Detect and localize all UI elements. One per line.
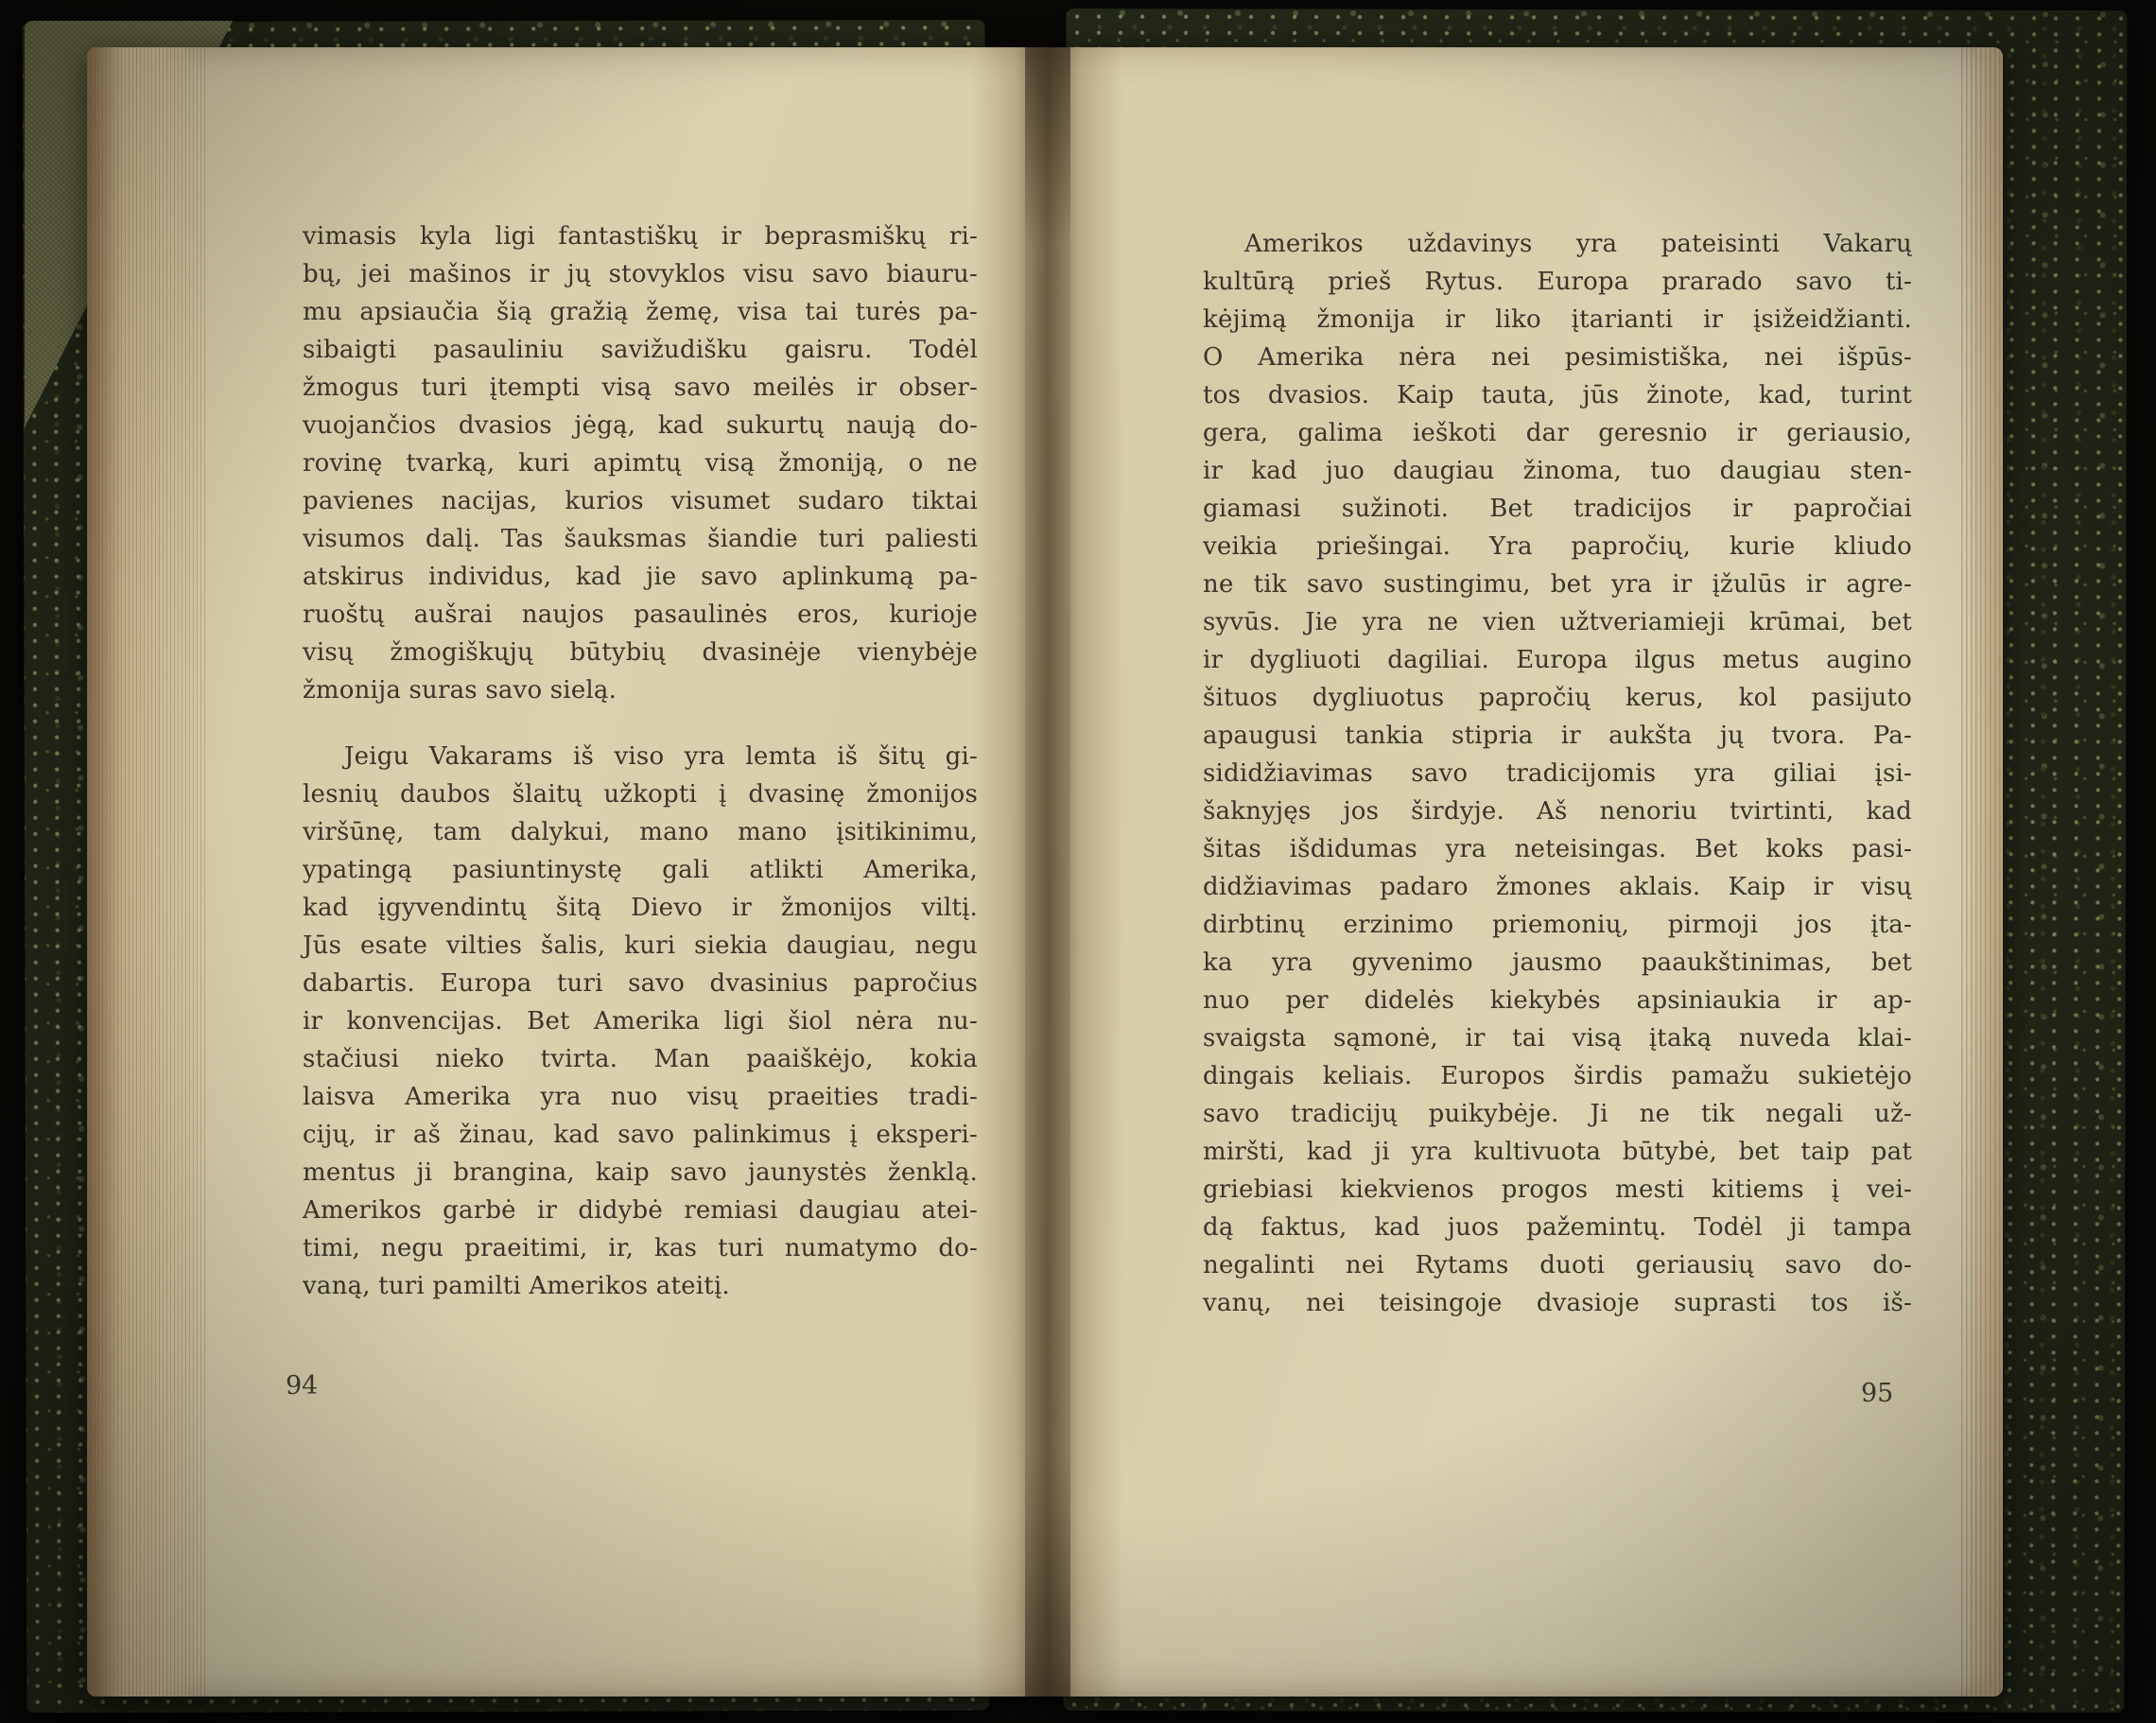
text-line: timi, negu praeitimi, ir, kas turi numat… xyxy=(303,1229,978,1267)
text-line: laisva Amerika yra nuo visų praeities tr… xyxy=(303,1078,978,1116)
text-line: rovinę tvarką, kuri apimtų visą žmoniją,… xyxy=(303,444,978,482)
text-line: dingais keliais. Europos širdis pamažu s… xyxy=(1203,1057,1912,1095)
text-line: miršti, kad ji yra kultivuota būtybė, be… xyxy=(1203,1133,1912,1171)
text-line: visumos dalį. Tas šauksmas šiandie turi … xyxy=(303,520,978,558)
text-line: dirbtinų erzinimo priemonių, pirmoji jos… xyxy=(1203,906,1912,944)
text-line: ypatingą pasiuntinystę gali atlikti Amer… xyxy=(303,851,978,889)
text-line: kėjimą žmonija ir liko įtarianti ir įsiž… xyxy=(1203,301,1912,339)
page-stack-edges-right xyxy=(1961,47,2003,1697)
text-line: žmogus turi įtempti visą savo meilės ir … xyxy=(303,369,978,407)
text-line: vanų, nei teisingoje dvasioje suprasti t… xyxy=(1203,1284,1912,1322)
text-line: Jūs esate vilties šalis, kuri siekia dau… xyxy=(303,927,978,965)
text-line: ruoštų aušrai naujos pasaulinės eros, ku… xyxy=(303,596,978,634)
text-line: atskirus individus, kad jie savo aplinku… xyxy=(303,558,978,596)
text-line: savo tradicijų puikybėje. Ji ne tik nega… xyxy=(1203,1095,1912,1133)
text-line: Amerikos uždavinys yra pateisinti Vakarų xyxy=(1203,225,1912,263)
paragraph: vimasis kyla ligi fantastiškų ir beprasm… xyxy=(303,218,978,709)
text-line: svaigsta sąmonė, ir tai visą įtaką nuved… xyxy=(1203,1019,1912,1057)
text-line: vaną, turi pamilti Amerikos ateitį. xyxy=(303,1267,978,1305)
text-line: giamasi sužinoti. Bet tradicijos ir papr… xyxy=(1203,490,1912,528)
text-line: didžiavimas padaro žmones aklais. Kaip i… xyxy=(1203,868,1912,906)
text-line: kultūrą prieš Rytus. Europa prarado savo… xyxy=(1203,263,1912,301)
text-line: mu apsiaučia šią gražią žemę, visa tai t… xyxy=(303,293,978,331)
text-line: Jeigu Vakarams iš viso yra lemta iš šitų… xyxy=(303,738,978,775)
text-line: ir kad juo daugiau žinoma, tuo daugiau s… xyxy=(1203,452,1912,490)
text-line: griebiasi kiekvienos progos mesti kitiem… xyxy=(1203,1171,1912,1209)
text-line: šaknyjęs jos širdyje. Aš nenoriu tvirtin… xyxy=(1203,792,1912,830)
text-line: nuo per didelės kiekybės apsiniaukia ir … xyxy=(1203,982,1912,1019)
page-number-left: 94 xyxy=(286,1371,318,1401)
text-line: žmonija suras savo sielą. xyxy=(303,671,978,709)
text-line: viršūnę, tam dalykui, mano mano įsitikin… xyxy=(303,813,978,851)
text-line: negalinti nei Rytams duoti geriausių sav… xyxy=(1203,1246,1912,1284)
text-line: cijų, ir aš žinau, kad savo palinkimus į… xyxy=(303,1116,978,1154)
open-book-photo: vimasis kyla ligi fantastiškų ir beprasm… xyxy=(0,0,2156,1723)
text-line: O Amerika nėra nei pesimistiška, nei išp… xyxy=(1203,339,1912,376)
text-line: visų žmogiškųjų būtybių dvasinėje vienyb… xyxy=(303,634,978,671)
text-line: ne tik savo sustingimu, bet yra ir įžulū… xyxy=(1203,566,1912,603)
text-line: kad įgyvendintų šitą Dievo ir žmonijos v… xyxy=(303,889,978,927)
text-line: sididžiavimas savo tradicijomis yra gili… xyxy=(1203,755,1912,792)
paragraph: Amerikos uždavinys yra pateisinti Vakarų… xyxy=(1203,225,1912,1322)
text-line: ka yra gyvenimo jausmo paaukštinimas, be… xyxy=(1203,944,1912,982)
text-line: šitas išdidumas yra neteisingas. Bet kok… xyxy=(1203,830,1912,868)
text-line: gera, galima ieškoti dar geresnio ir ger… xyxy=(1203,414,1912,452)
text-line: stačiusi nieko tvirta. Man paaiškėjo, ko… xyxy=(303,1040,978,1078)
page-95-text: Amerikos uždavinys yra pateisinti Vakarų… xyxy=(1203,225,1912,1322)
text-line: dabartis. Europa turi savo dvasinius pap… xyxy=(303,965,978,1002)
text-line: Amerikos garbė ir didybė remiasi daugiau… xyxy=(303,1192,978,1229)
text-line: vuojančios dvasios jėgą, kad sukurtų nau… xyxy=(303,407,978,444)
text-line: apaugusi tankia stipria ir aukšta jų tvo… xyxy=(1203,717,1912,755)
text-line: syvūs. Jie yra ne vien užtveriamieji krū… xyxy=(1203,603,1912,641)
text-line: lesnių daubos šlaitų užkopti į dvasinę ž… xyxy=(303,775,978,813)
paragraph: Jeigu Vakarams iš viso yra lemta iš šitų… xyxy=(303,738,978,1305)
gutter-shadow xyxy=(972,47,1123,1697)
text-line: mentus ji brangina, kaip savo jaunystės … xyxy=(303,1154,978,1192)
text-line: šituos dygliuotus papročių kerus, kol pa… xyxy=(1203,679,1912,717)
page-stack-edges-left xyxy=(87,47,208,1697)
text-line: vimasis kyla ligi fantastiškų ir beprasm… xyxy=(303,218,978,255)
text-line: dą faktus, kad juos pažemintų. Todėl ji … xyxy=(1203,1209,1912,1246)
text-line: sibaigti pasauliniu savižudišku gaisru. … xyxy=(303,331,978,369)
text-line: tos dvasios. Kaip tauta, jūs žinote, kad… xyxy=(1203,376,1912,414)
page-number-right: 95 xyxy=(1861,1379,1893,1408)
text-line: veikia priešingai. Yra papročių, kurie k… xyxy=(1203,528,1912,566)
text-line: pavienes nacijas, kurios visumet sudaro … xyxy=(303,482,978,520)
page-94-text: vimasis kyla ligi fantastiškų ir beprasm… xyxy=(303,218,978,1305)
text-line: ir konvencijas. Bet Amerika ligi šiol nė… xyxy=(303,1002,978,1040)
text-line: bų, jei mašinos ir jų stovyklos visu sav… xyxy=(303,255,978,293)
text-line: ir dygliuoti dagiliai. Europa ilgus metu… xyxy=(1203,641,1912,679)
